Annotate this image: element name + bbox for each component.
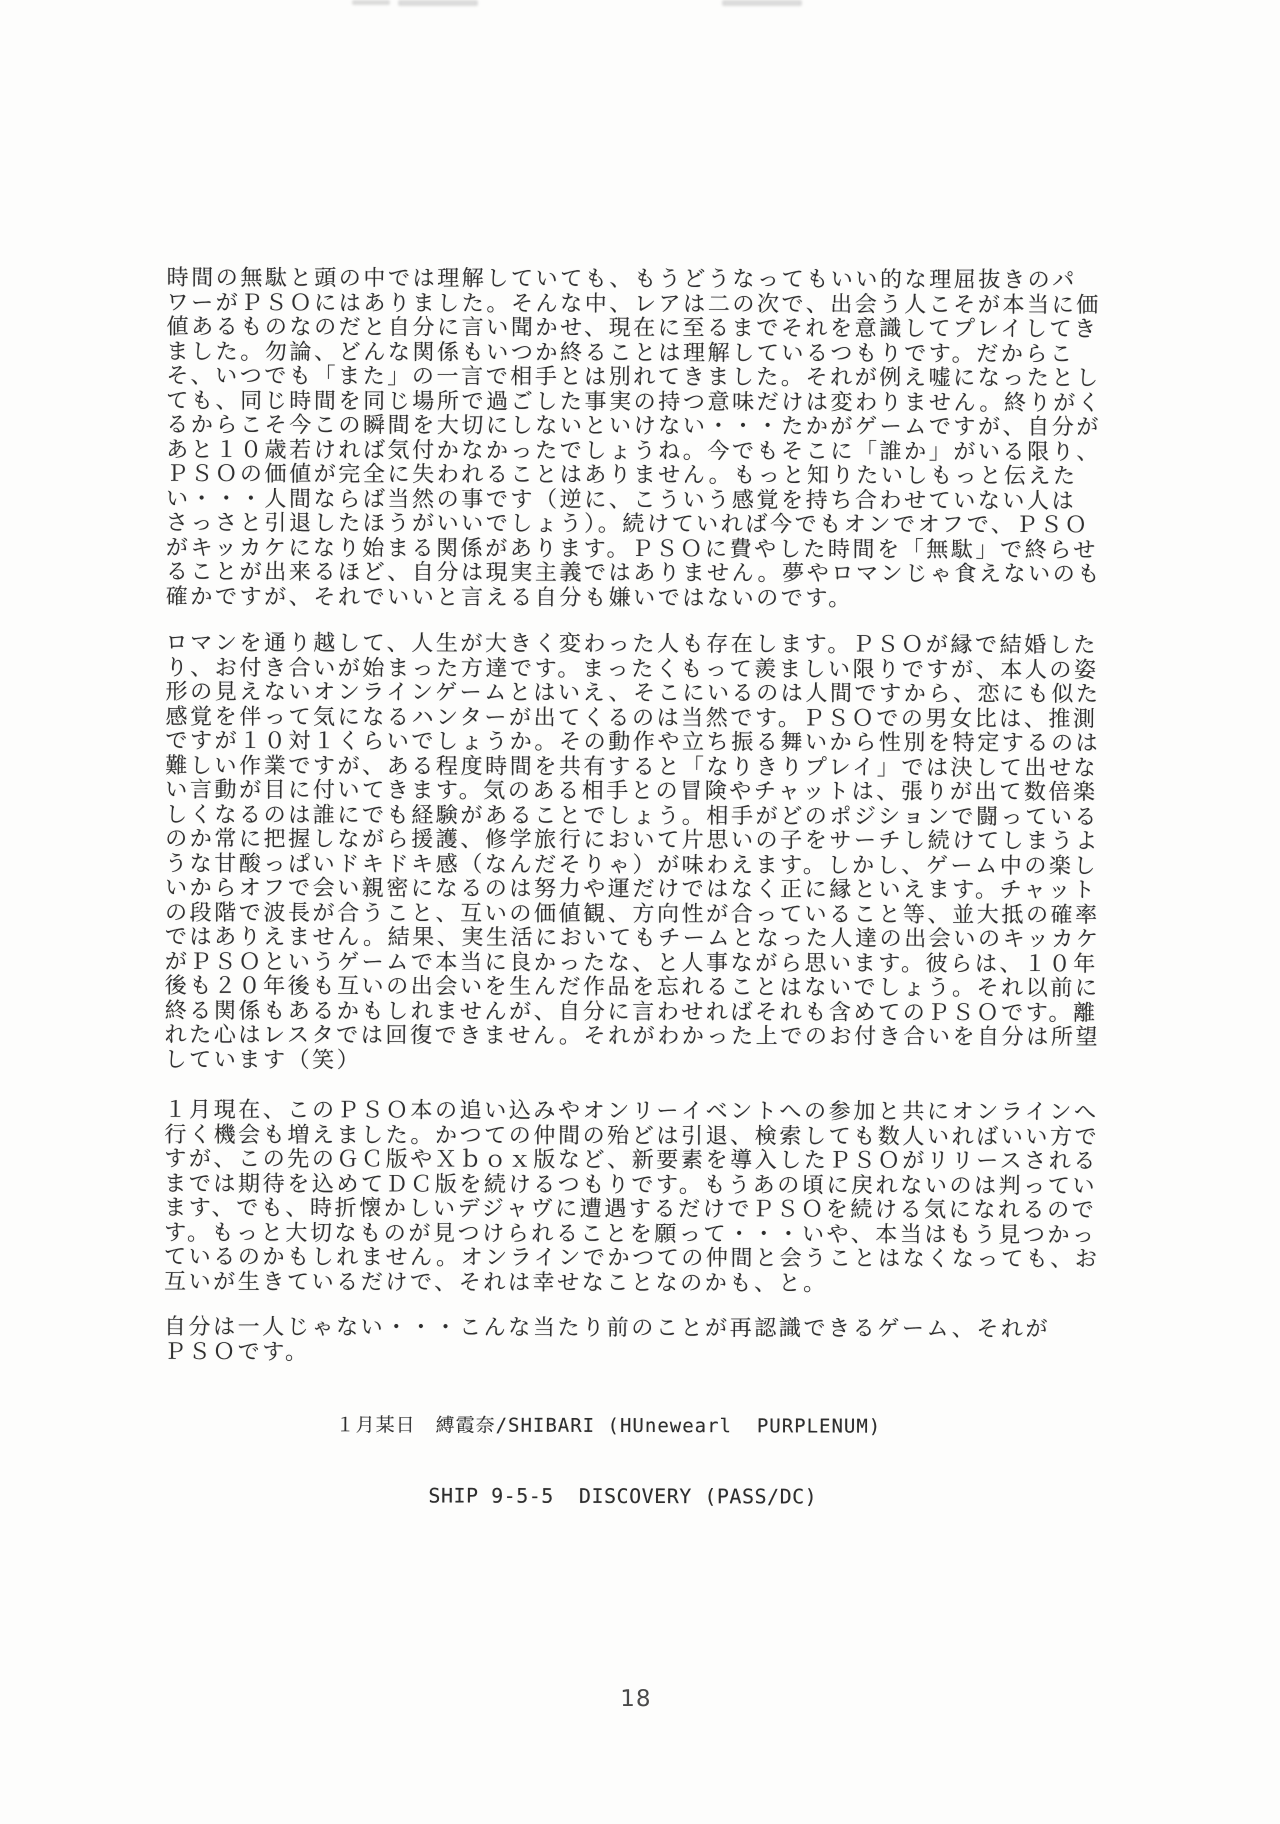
body-paragraph-4: 自分は一人じゃない・・・こんな当たり前のことが再認識できるゲーム、それが ＰＳＯ… <box>164 1316 1050 1367</box>
body-paragraph-1: 時間の無駄と頭の中では理解していても、もうどうなってもいい的な理屈抜きのパ ワー… <box>166 267 1103 612</box>
page-content: 時間の無駄と頭の中では理解していても、もうどうなってもいい的な理屈抜きのパ ワー… <box>0 0 1280 1824</box>
page-number: 18 <box>604 1686 668 1712</box>
body-paragraph-2: ロマンを通り越して、人生が大きく変わった人も存在します。ＰＳＯが縁で結婚した り… <box>165 632 1102 1075</box>
body-paragraph-3: １月現在、このＰＳＯ本の追い込みやオンリーイベントへの参加と共にオンラインへ 行… <box>164 1099 1100 1297</box>
author-signature: １月某日 縛霞奈/SHIBARI (HUnewearl PURPLENUM) <box>336 1410 882 1438</box>
scanned-document-page: 時間の無駄と頭の中では理解していても、もうどうなってもいい的な理屈抜きのパ ワー… <box>0 0 1280 1824</box>
ship-info: SHIP 9-5-5 DISCOVERY (PASS/DC) <box>428 1483 817 1508</box>
